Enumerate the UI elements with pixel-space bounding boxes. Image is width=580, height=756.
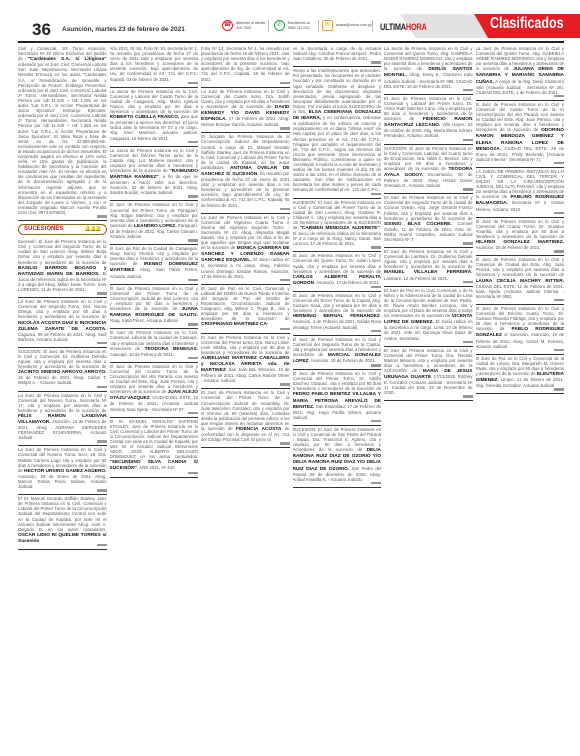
classified-notice: El Juez de Paz en lo Civil, Comercial, y… bbox=[384, 287, 473, 347]
contact-value: avisos@uhora.com.py bbox=[336, 23, 372, 28]
mail-icon: ✉ bbox=[322, 20, 333, 31]
notice-text: Caguazú, 09 de Febrero de 2021. Abog. Sa… bbox=[18, 332, 107, 342]
notice-text: El Juez de Primera Instancia en lo Civil… bbox=[384, 249, 473, 269]
classified-notice: El Juez de Primera Instancia en lo Civil… bbox=[384, 194, 473, 248]
notice-code bbox=[18, 440, 107, 443]
section-heading-sucesiones: SUCESIONES🔔🔔🔔 bbox=[18, 224, 107, 235]
notice-code bbox=[293, 286, 382, 289]
notice-text: La Juez de Primera Instancia en lo Civil… bbox=[18, 299, 107, 319]
notice-code bbox=[201, 208, 290, 211]
notice-code bbox=[384, 281, 473, 284]
classified-notice: La Juez de Primera Instancia en lo Civil… bbox=[18, 446, 107, 495]
notice-text: 16 de Febrero de 2021. Abog. Carlos T. M… bbox=[18, 375, 107, 385]
notice-text: El Juez de Primera Instancia en lo Civil… bbox=[293, 293, 382, 313]
notice-code bbox=[18, 544, 107, 547]
notice-code bbox=[201, 328, 290, 331]
classified-notice: El Juez de Paz en lo Civil y Comercial d… bbox=[476, 355, 565, 395]
notice-code bbox=[384, 139, 473, 142]
notice-deceased-name: CRISPINIANO MARTINEZ CA- bbox=[201, 322, 268, 327]
contact-label: Atención al cliente: bbox=[236, 21, 266, 25]
notice-text: El Dr. Manuel Gerardo Saffidin Stanley, … bbox=[18, 496, 107, 532]
bells-icon: 🔔🔔🔔 bbox=[85, 227, 101, 232]
classified-notice: El Juez de Primera Instancia en lo Civil… bbox=[293, 336, 382, 370]
classified-notice: El Juez de Primera Instancia en lo Civil… bbox=[201, 334, 290, 390]
notice-code bbox=[476, 250, 565, 253]
notice-code bbox=[110, 195, 199, 198]
contact-value: 415 7000 bbox=[236, 26, 251, 30]
notice-text: El Juez de Primera Instancia en lo Civil… bbox=[384, 195, 473, 220]
classified-notice: La Jueza de Primera Instancia en lo Civi… bbox=[110, 147, 199, 202]
classified-notice: La Jueza de Primera Instancia en lo Civi… bbox=[110, 88, 199, 147]
contact-email[interactable]: ✉ avisos@uhora.com.py bbox=[322, 20, 372, 31]
classified-notice: La Juez de Primera Instancia en lo Civil… bbox=[18, 298, 107, 348]
notice-text: Abog. Katia Pérez, Actuaria Judicial. bbox=[110, 318, 179, 323]
notice-code bbox=[293, 364, 382, 367]
notice-code bbox=[293, 61, 382, 64]
classified-notice: La Juez de Primera Instancia en lo Civil… bbox=[201, 214, 290, 285]
notice-text: El Juez de Primera Instancia en lo Civil… bbox=[201, 390, 290, 431]
notice-text: La Juez de Primera Instancia en lo Civil… bbox=[201, 215, 290, 251]
notice-text: Año 2021, Nº 84, Folio Nº 10, Secretaría… bbox=[110, 46, 199, 82]
notice-text: La Juez de Primera Instancia en lo Civil… bbox=[18, 393, 107, 413]
notice-code bbox=[476, 299, 565, 302]
notice-code bbox=[110, 279, 199, 282]
notice-code bbox=[476, 162, 565, 165]
notice-code bbox=[201, 442, 290, 445]
classified-notice: La Juez de Primera Instancia en lo Civil… bbox=[201, 88, 290, 134]
notice-text: . Asunción, 18 de Febrero de 2021. bbox=[309, 358, 376, 363]
classified-notice: El Juez de Primera Instancia en lo Civil… bbox=[110, 329, 199, 362]
notice-code bbox=[110, 141, 199, 144]
column-3: Folio Nº 13, Secretaría Nº 1, ha resuelt… bbox=[201, 45, 290, 745]
notice-code bbox=[110, 82, 199, 85]
notice-code bbox=[18, 215, 107, 218]
column-5: La Jueza de Primera Instancia en lo Civi… bbox=[384, 45, 473, 745]
classified-notice: El Juez de Primera Instancia en lo Civil… bbox=[476, 305, 565, 355]
classified-notice: El Juez de Primera Instancia en lo Civil… bbox=[201, 389, 290, 448]
classified-notice: El Juez de Primera Instancia en lo Civil… bbox=[476, 218, 565, 257]
issue-date: Asunción, martes 23 de febrero de 2021 bbox=[62, 26, 185, 33]
notice-code bbox=[384, 341, 473, 344]
notice-text: Folio Nº 13, Secretaría Nº 1, ha resuelt… bbox=[201, 46, 290, 82]
contact-value: 0981 111 013 bbox=[288, 26, 309, 30]
classified-notice: El Juez de Primera Instancia en lo Civil… bbox=[110, 363, 199, 418]
notice-deceased-name: BASILIO BARRIOS BOGADO y NATIVIDAD MARIN… bbox=[18, 266, 107, 277]
classified-notice: El Juez de Primera Instancia en lo Civil… bbox=[110, 285, 199, 330]
notice-text: . Asunción, 17 de febrero de 2021. bbox=[314, 280, 380, 285]
classified-notice: El Juez de Primera Instancia en lo Civil… bbox=[293, 252, 382, 292]
notice-text: La Jueza de Primera Instancia en lo Civi… bbox=[110, 89, 199, 114]
classified-notice: El Juez de Primera Instancia en lo Civil… bbox=[293, 292, 382, 336]
newspaper-logo: ULTIMAHORA bbox=[380, 22, 427, 32]
notice-code bbox=[384, 395, 473, 398]
divider bbox=[318, 20, 319, 32]
notice-code bbox=[293, 330, 382, 333]
header-rule bbox=[18, 41, 564, 43]
notice-text: El Juez de Primera Instancia en lo Civil… bbox=[201, 335, 290, 355]
classified-notice: El Sr. MANUEL GERALDO SAFFIDIN STANLEY, … bbox=[110, 418, 199, 478]
contact-label: Escríbenos al bbox=[288, 21, 310, 25]
classified-notice: El Juez de Primera Instancia en lo Civil… bbox=[476, 256, 565, 305]
notice-text: El Juez de Primera Instancia en lo Civil… bbox=[476, 219, 565, 239]
classified-notice: La Jueza de Primera Instancia en lo Civi… bbox=[384, 45, 473, 95]
classified-notice: Civil y Comercial, 10º Turno Asunción, S… bbox=[18, 45, 107, 221]
notice-text: El Juzgado de Primera Instancia de la Ci… bbox=[201, 134, 290, 170]
notice-code bbox=[110, 412, 199, 415]
page-header: 36 Asunción, martes 23 de febrero de 202… bbox=[0, 0, 580, 42]
section-title: Clasificados bbox=[490, 15, 564, 33]
notice-text: Caacupé, 15 de Febrero de 2021. bbox=[110, 352, 175, 357]
notice-code bbox=[18, 342, 107, 345]
divider bbox=[268, 20, 269, 32]
notice-code bbox=[18, 292, 107, 295]
column-1: Civil y Comercial, 10º Turno Asunción, S… bbox=[18, 45, 107, 745]
column-4: en la Secretaría a cargo de la Actuaria … bbox=[293, 45, 382, 745]
column-2: Año 2021, Nº 84, Folio Nº 10, Secretaría… bbox=[110, 45, 199, 745]
notice-code bbox=[293, 193, 382, 196]
classified-notice: SUCESIÓN: El Juez de Primera Instancia e… bbox=[293, 426, 382, 488]
classified-notice: El Juez de Paz de la Ciudad de Carapeguá… bbox=[110, 245, 199, 285]
notice-text: SUCESION: El Juez de Primera Instancia e… bbox=[18, 349, 107, 369]
column-6: La Juez de Primera Instancia en lo Civil… bbox=[476, 45, 565, 745]
classified-notice: El Juez de Primera Instancia en lo Civil… bbox=[384, 248, 473, 287]
classified-notice: El Juez de Primera Instancia en lo Civil… bbox=[293, 370, 382, 426]
classified-notice: Atento a las manifestaciones que anteced… bbox=[293, 67, 382, 198]
notice-code bbox=[110, 357, 199, 360]
classified-notice: El Juez de Paz en lo Civil, Comercial y … bbox=[201, 285, 290, 334]
notice-text: Atento a las manifestaciones que anteced… bbox=[293, 68, 382, 114]
notice-code bbox=[110, 472, 199, 475]
notice-code bbox=[476, 349, 565, 352]
notice-text: Asunción, 20 de Febrero de 2021. bbox=[476, 245, 541, 250]
notice-code bbox=[384, 188, 473, 191]
whatsapp-icon: ✆ bbox=[274, 20, 285, 31]
notice-text: CIUDAD DEL ESTE, 11 de Febrero de 2021. … bbox=[476, 284, 565, 299]
notice-code bbox=[293, 482, 382, 485]
section-heading-label: SUCESIONES bbox=[24, 227, 63, 232]
notice-text: El Sr. MANUEL GERALDO SAFFIDIN STANLEY, … bbox=[110, 419, 199, 460]
notice-code bbox=[110, 239, 199, 242]
classified-notice: El Juez de Primera Instancia en lo Civil… bbox=[384, 95, 473, 145]
classified-notice: El Dr. Manuel Gerardo Saffidin Stanley, … bbox=[18, 495, 107, 550]
contact-phone[interactable]: ☎ Atención al cliente:415 7000 bbox=[222, 20, 266, 31]
notice-code bbox=[476, 388, 565, 391]
notice-text: , AÑO 2021, Nº 442 bbox=[137, 465, 175, 470]
classified-notice: El Juez de Primera Instancia en lo Civil… bbox=[110, 201, 199, 245]
divider bbox=[372, 20, 373, 32]
classified-notice: La Juez de Primera Instancia en lo Civil… bbox=[476, 45, 565, 101]
notice-text: Asunción, 28 de Enero de 2021. Abog. Mar… bbox=[18, 474, 107, 489]
notice-code bbox=[18, 386, 107, 389]
classified-notice: El Juez de Primera Instancia en lo Civil… bbox=[384, 347, 473, 402]
classified-notice: LA JUEZA DE PRIMERA INSTANCIA EN LO CIVI… bbox=[476, 168, 565, 218]
notice-code bbox=[110, 323, 199, 326]
notice-code bbox=[384, 89, 473, 92]
notice-deceased-name: OSCAR LIDIO RI QUELME TORRES s/ Sucesión bbox=[18, 533, 107, 544]
notice-deceased-name: NICOLÁS ACOSTA DIAZ E INOCENCIA ZULEMA Z… bbox=[18, 321, 107, 332]
notice-code bbox=[293, 420, 382, 423]
notice-text: El Juez de Primera Instancia en lo Civil… bbox=[293, 371, 382, 391]
classified-notice: Sucesión: El Juez de Primera Instancia e… bbox=[18, 238, 107, 298]
classified-notice: El Juez de Primera Instancia en lo Civil… bbox=[476, 101, 565, 168]
notice-text: y en consecuencia, ordenase la publicaci… bbox=[293, 115, 382, 192]
notice-text: Sucesión: El Juez de Primera Instancia e… bbox=[18, 239, 107, 264]
notice-text: ordenado por el Juez Civil, Comercial La… bbox=[18, 62, 107, 215]
notice-text: en la Secretaría a cargo de la Actuaria … bbox=[293, 46, 382, 61]
phone-icon: ☎ bbox=[222, 20, 233, 31]
contact-whatsapp[interactable]: ✆ Escríbenos al0981 111 013 bbox=[274, 20, 310, 31]
classified-notice: Año 2021, Nº 84, Folio Nº 10, Secretaría… bbox=[110, 45, 199, 88]
notice-code bbox=[476, 95, 565, 98]
classified-notice: SUCESIÓN: El Juez de Primera Instancia e… bbox=[384, 145, 473, 195]
notice-code bbox=[201, 279, 290, 282]
classified-notice: SUCESION: El Juez de Primera Instancia e… bbox=[18, 348, 107, 392]
notice-text: El Juez de Primera Instancia en lo Civil… bbox=[293, 253, 382, 273]
notice-text: Lambaré, 12 de Febrero de 2021. bbox=[384, 276, 448, 281]
notice-text: El Juez de Primera Instancia en lo Civil… bbox=[476, 257, 565, 277]
notice-code bbox=[293, 246, 382, 249]
notice-text: , ha resuelto por providencia de fecha 2… bbox=[201, 171, 290, 208]
notice-text: El Juez de Paz en lo Civil, Comercial y … bbox=[201, 286, 290, 322]
classified-notice: Folio Nº 13, Secretaría Nº 1, ha resuelt… bbox=[201, 45, 290, 88]
classified-notice: La Juez de Primera Instancia en lo Civil… bbox=[18, 392, 107, 447]
notice-code bbox=[18, 489, 107, 492]
notice-code bbox=[476, 212, 565, 215]
notice-code bbox=[201, 127, 290, 130]
classified-notice: en la Secretaría a cargo de la Actuaria … bbox=[293, 45, 382, 67]
notice-code bbox=[201, 82, 290, 85]
page-number: 36 bbox=[32, 20, 51, 40]
notice-code bbox=[201, 383, 290, 386]
notice-code bbox=[384, 242, 473, 245]
classifieds-columns: Civil y Comercial, 10º Turno Asunción, S… bbox=[18, 45, 564, 745]
classified-notice: El Juzgado de Primera Instancia de la Ci… bbox=[201, 133, 290, 213]
classified-notice: SUCESIÓN: El Juez de Primera Instancia e… bbox=[293, 199, 382, 253]
